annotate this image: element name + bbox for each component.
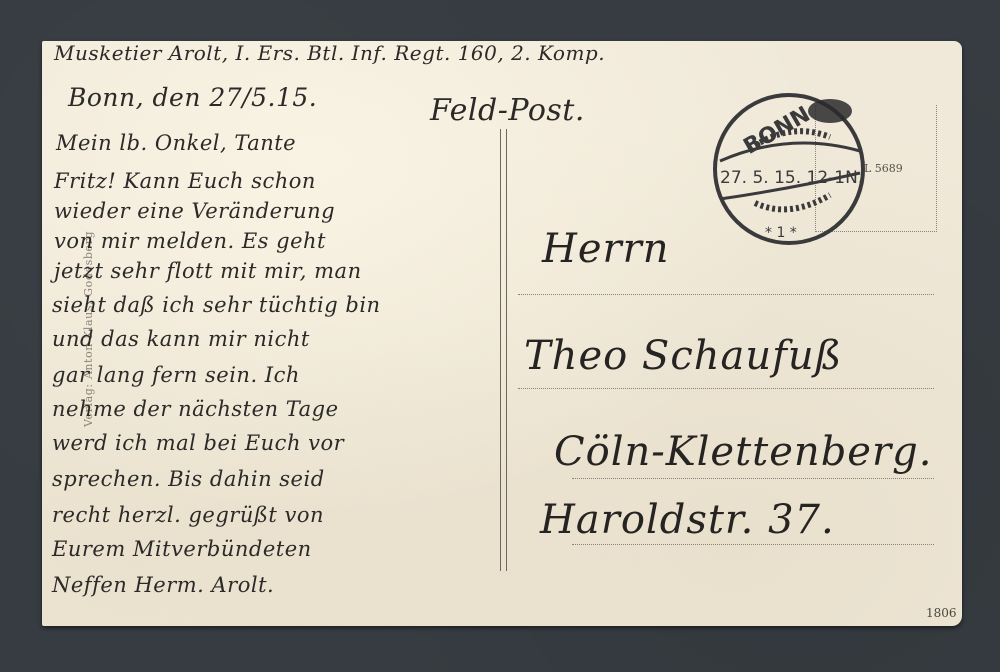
print-number: 1806 <box>926 606 957 620</box>
message-line: und das kann mir nicht <box>52 327 310 351</box>
message-line: Mein lb. Onkel, Tante <box>56 131 296 155</box>
message-line: nehme der nächsten Tage <box>52 397 339 421</box>
message-line: werd ich mal bei Euch vor <box>52 431 344 455</box>
message-line: gar lang fern sein. Ich <box>52 363 300 387</box>
address-salutation: Herrn <box>542 226 670 272</box>
message-line: recht herzl. gegrüßt von <box>52 503 324 527</box>
address-line-1 <box>518 294 934 295</box>
address-name: Theo Schaufuß <box>524 333 842 379</box>
address-street: Haroldstr. 37. <box>540 497 835 543</box>
message-line: sieht daß ich sehr tüchtig bin <box>52 293 381 317</box>
svg-text:27. 5. 15. 12-1N.: 27. 5. 15. 12-1N. <box>720 168 863 188</box>
svg-text:BONN: BONN <box>740 102 815 160</box>
message-line: Neffen Herm. Arolt. <box>52 573 274 597</box>
message-line: jetzt sehr flott mit mir, man <box>54 259 362 283</box>
stamp-code: L 5689 <box>864 162 903 175</box>
message-line: wieder eine Veränderung <box>54 199 335 223</box>
date-line: Bonn, den 27/5.15. <box>68 83 317 112</box>
message-line: Eurem Mitverbündeten <box>52 537 312 561</box>
message-line: sprechen. Bis dahin seid <box>52 467 325 491</box>
sender-line: Musketier Arolt, I. Ers. Btl. Inf. Regt.… <box>54 41 605 65</box>
center-divider <box>500 129 507 571</box>
postmark-icon: BONN 27. 5. 15. 12-1N. * 1 * <box>710 91 868 247</box>
message-line: von mir melden. Es geht <box>54 229 326 253</box>
message-line: Fritz! Kann Euch schon <box>54 169 316 193</box>
address-line-3 <box>572 478 934 479</box>
field-post-label: Feld-Post. <box>430 93 585 128</box>
address-line-2 <box>518 388 934 389</box>
address-city: Cöln-Klettenberg. <box>554 429 932 475</box>
address-line-4 <box>572 544 934 545</box>
svg-text:* 1 *: * 1 * <box>765 225 797 241</box>
postcard: Verlag: Anton Klaus, Godesberg Musketier… <box>42 41 962 626</box>
